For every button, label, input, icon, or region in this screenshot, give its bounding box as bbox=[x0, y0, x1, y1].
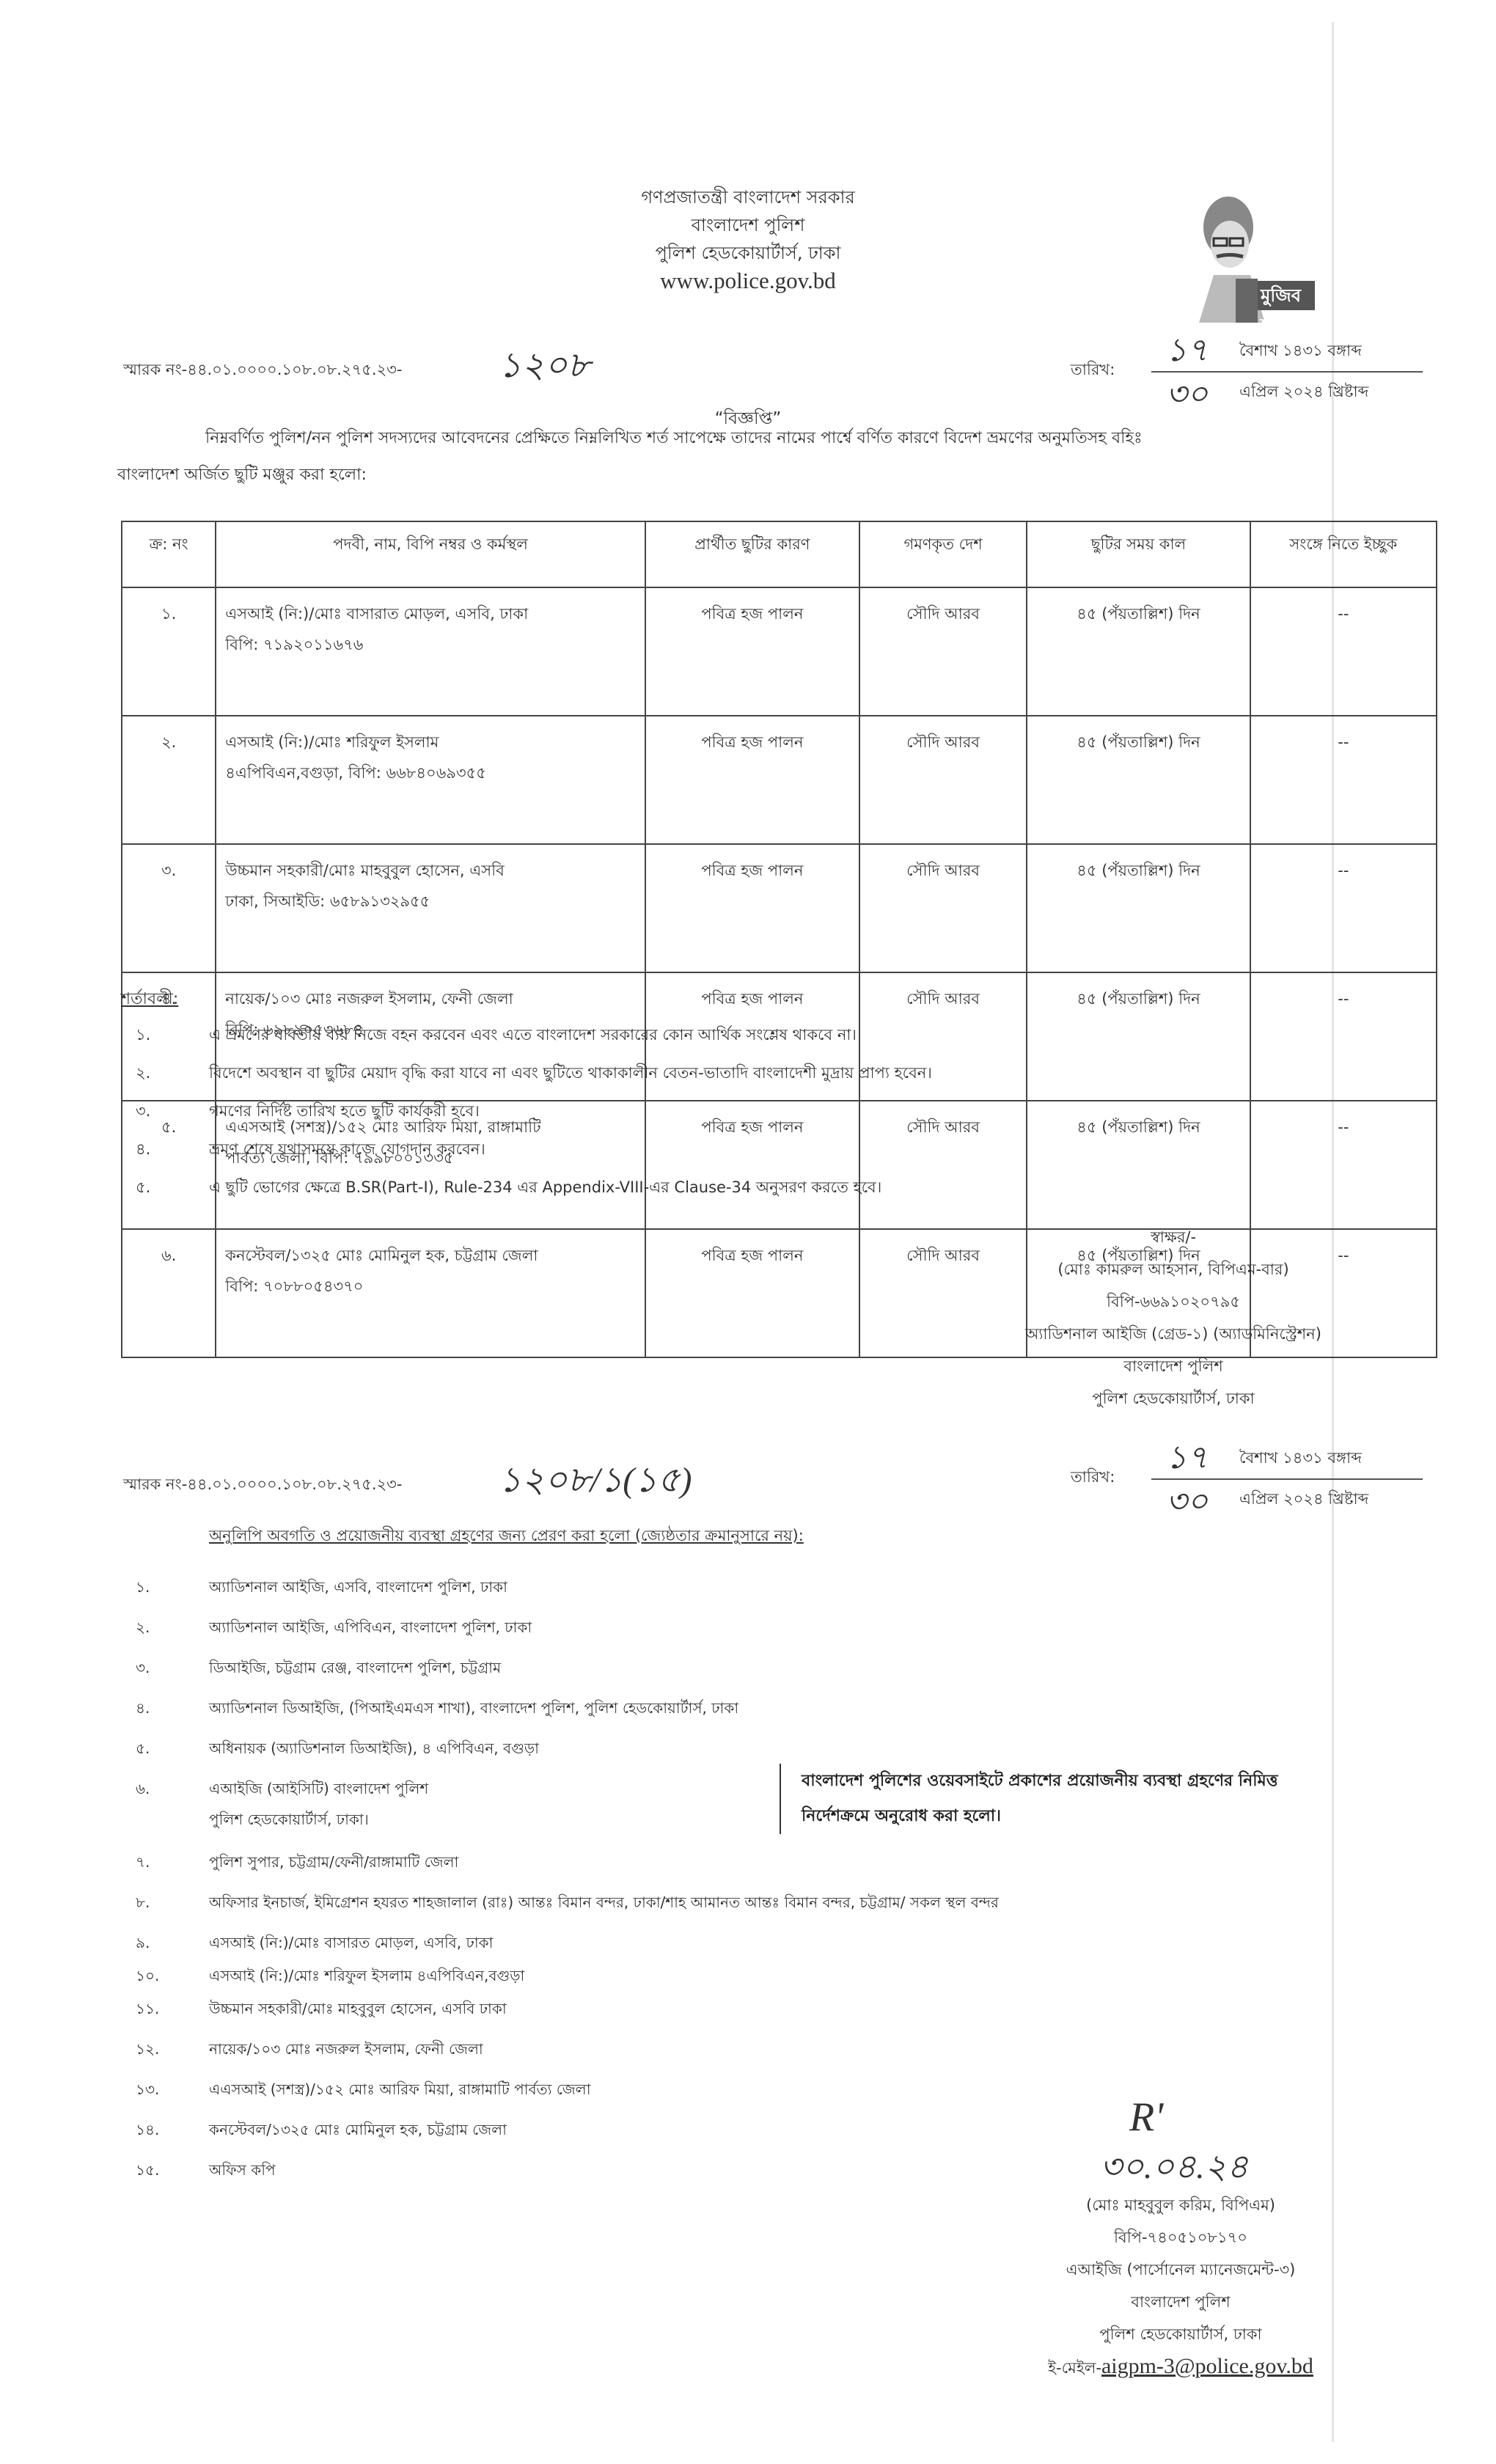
handwritten-memo-number-2: ১২০৮/১(১৫) bbox=[499, 1453, 692, 1511]
notice-intro-line2: বাংলাদেশ অর্জিত ছুটি মঞ্জুর করা হলো: bbox=[117, 458, 367, 492]
condition-item: ৫.এ ছুটি ভোগের ক্ষেত্রে B.SR(Part-I), Ru… bbox=[136, 1176, 1382, 1205]
condition-item: ৩.গমণের নির্দিষ্ট তারিখ হতে ছুটি কার্যকর… bbox=[136, 1099, 1382, 1129]
cell-details: এসআই (নি:)/মোঃ বাসারাত মোড়ল, এসবি, ঢাকা… bbox=[216, 587, 645, 716]
cell-duration: ৪৫ (পঁয়তাল্লিশ) দিন bbox=[1027, 587, 1250, 716]
signed-mark: স্বাক্ষর/- bbox=[917, 1221, 1430, 1253]
cell-details: কনস্টেবল/১৩২৫ মোঃ মোমিনুল হক, চট্টগ্রাম … bbox=[216, 1229, 645, 1357]
copy-recipient-item: ১৩.এএসআই (সশস্ত্র)/১৫২ মোঃ আরিফ মিয়া, র… bbox=[136, 2079, 1419, 2108]
signatory-org: বাংলাদেশ পুলিশ bbox=[917, 1350, 1430, 1382]
cell-serial: ১. bbox=[122, 587, 216, 716]
copy-recipient-item: ২.অ্যাডিশনাল আইজি, এপিবিএন, বাংলাদেশ পুল… bbox=[136, 1617, 1419, 1646]
cell-duration: ৪৫ (পঁয়তাল্লিশ) দিন bbox=[1027, 716, 1250, 844]
cell-serial: ২. bbox=[122, 716, 216, 844]
copy-recipient-item: ৪.অ্যাডিশনাল ডিআইজি, (পিআইএমএস শাখা), বা… bbox=[136, 1698, 1419, 1727]
details-line1: কনস্টেবল/১৩২৫ মোঃ মোমিনুল হক, চট্টগ্রাম … bbox=[225, 1240, 636, 1271]
details-line1: এসআই (নি:)/মোঃ বাসারাত মোড়ল, এসবি, ঢাকা bbox=[225, 598, 636, 629]
details-line2: বিপি: ৭০৮৮০৫৪৩৭০ bbox=[225, 1271, 636, 1302]
memo-number-2: স্মারক নং-৪৪.০১.০০০০.১০৮.০৮.২৭৫.২৩- bbox=[123, 1473, 402, 1498]
copy-recipient-item: ৩.ডিআইজি, চট্টগ্রাম রেঞ্জ, বাংলাদেশ পুলি… bbox=[136, 1657, 1419, 1687]
table-header-row: ক্র: নং পদবী, নাম, বিপি নম্বর ও কর্মস্থল… bbox=[122, 521, 1437, 587]
cell-companion: -- bbox=[1250, 844, 1437, 972]
col-reason: প্রার্থীত ছুটির কারণ bbox=[645, 521, 859, 587]
date-block-2: তারিখ: ১৭ বৈশাখ ১৪৩১ বঙ্গাব্দ ৩০ এপ্রিল … bbox=[1071, 1437, 1423, 1518]
signatory-designation: অ্যাডিশনাল আইজি (গ্রেড-১) (অ্যাডমিনিস্ট্… bbox=[917, 1318, 1430, 1350]
cell-country: সৌদি আরব bbox=[859, 587, 1027, 716]
website-publish-note: বাংলাদেশ পুলিশের ওয়েবসাইটে প্রকাশের প্র… bbox=[780, 1764, 1403, 1834]
copy-recipient-item: ৫.অধিনায়ক (অ্যাডিশনাল ডিআইজি), ৪ এপিবিএ… bbox=[136, 1738, 1419, 1767]
signature-block-2: (মোঃ মাহবুবুল করিম, বিপিএম) বিপি-৭৪০৫১০৮… bbox=[975, 2189, 1386, 2384]
details-line2: বিপি: ৭১৯২০১১৬৭৬ bbox=[225, 629, 636, 660]
signatory-name: (মোঃ কামরুল আহসান, বিপিএম-বার) bbox=[917, 1253, 1430, 1286]
cell-details: উচ্চমান সহকারী/মোঃ মাহবুবুল হোসেন, এসবিঢ… bbox=[216, 844, 645, 972]
handwritten-memo-number: ১২০৮ bbox=[499, 339, 590, 397]
signatory-office-2: পুলিশ হেডকোয়ার্টার্স, ঢাকা bbox=[975, 2318, 1386, 2350]
copy-recipient-item: ১.অ্যাডিশনাল আইজি, এসবি, বাংলাদেশ পুলিশ,… bbox=[136, 1577, 1419, 1606]
signature-block-1: স্বাক্ষর/- (মোঃ কামরুল আহসান, বিপিএম-বার… bbox=[917, 1221, 1430, 1415]
memo-number: স্মারক নং-৪৪.০১.০০০০.১০৮.০৮.২৭৫.২৩- bbox=[123, 358, 402, 384]
cell-details: এসআই (নি:)/মোঃ শরিফুল ইসলাম৪এপিবিএন,বগুড… bbox=[216, 716, 645, 844]
cell-reason: পবিত্র হজ পালন bbox=[645, 587, 859, 716]
email-link[interactable]: aigpm-3@police.gov.bd bbox=[1101, 2354, 1313, 2378]
col-duration: ছুটির সময় কাল bbox=[1027, 521, 1250, 587]
signatory-name-2: (মোঃ মাহবুবুল করিম, বিপিএম) bbox=[975, 2189, 1386, 2221]
email-line: ই-মেইল-aigpm-3@police.gov.bd bbox=[975, 2350, 1386, 2384]
conditions-heading: শর্তাবলী: bbox=[121, 986, 178, 1013]
notice-intro-line1: নিম্নবর্ণিত পুলিশ/নন পুলিশ সদস্যদের আবেদ… bbox=[205, 422, 1143, 455]
copy-recipient-item: ৮.অফিসার ইনচার্জ, ইমিগ্রেশন হযরত শাহজালা… bbox=[136, 1892, 1419, 1921]
cell-reason: পবিত্র হজ পালন bbox=[645, 716, 859, 844]
table-row: ২.এসআই (নি:)/মোঃ শরিফুল ইসলাম৪এপিবিএন,বগ… bbox=[122, 716, 1437, 844]
cell-country: সৌদি আরব bbox=[859, 716, 1027, 844]
cell-reason: পবিত্র হজ পালন bbox=[645, 844, 859, 972]
details-line1: এসআই (নি:)/মোঃ শরিফুল ইসলাম bbox=[225, 727, 636, 758]
col-companion: সংঙ্গে নিতে ইচ্ছুক bbox=[1250, 521, 1437, 587]
details-line2: ৪এপিবিএন,বগুড়া, বিপি: ৬৬৮৪০৬৯৩৫৫ bbox=[225, 758, 636, 788]
cell-duration: ৪৫ (পঁয়তাল্লিশ) দিন bbox=[1027, 844, 1250, 972]
condition-item: ২.বিদেশে অবস্থান বা ছুটির মেয়াদ বৃদ্ধি … bbox=[136, 1061, 1382, 1090]
copy-recipient-item: ৭.পুলিশ সুপার, চট্টগ্রাম/ফেনী/রাঙ্গামাটি… bbox=[136, 1852, 1419, 1881]
copy-recipient-item: ১১.উচ্চমান সহকারী/মোঃ মাহবুবুল হোসেন, এস… bbox=[136, 1998, 1419, 2028]
cell-companion: -- bbox=[1250, 716, 1437, 844]
cell-serial: ৬. bbox=[122, 1229, 216, 1357]
copy-recipient-item: ১০.এসআই (নি:)/মোঃ শরিফুল ইসলাম ৪এপিবিএন,… bbox=[136, 1965, 1419, 1995]
signatory-office: পুলিশ হেডকোয়ার্টার্স, ঢাকা bbox=[917, 1382, 1430, 1415]
table-row: ১.এসআই (নি:)/মোঃ বাসারাত মোড়ল, এসবি, ঢা… bbox=[122, 587, 1437, 716]
col-serial: ক্র: নং bbox=[122, 521, 216, 587]
details-line2: ঢাকা, সিআইডি: ৬৫৮৯১৩২৯৫৫ bbox=[225, 886, 636, 917]
cell-reason: পবিত্র হজ পালন bbox=[645, 1229, 859, 1357]
details-line1: উচ্চমান সহকারী/মোঃ মাহবুবুল হোসেন, এসবি bbox=[225, 855, 636, 886]
copy-recipient-item: ৯.এসআই (নি:)/মোঃ বাসারত মোড়ল, এসবি, ঢাক… bbox=[136, 1932, 1419, 1962]
copies-heading: অনুলিপি অবগতি ও প্রয়োজনীয় ব্যবস্থা গ্র… bbox=[209, 1524, 804, 1550]
condition-item: ১.এ ভ্রমণের যাবতীয় ব্যয় নিজে বহন করবেন… bbox=[136, 1023, 1382, 1052]
signatory-bp: বিপি-৬৬৯১০২০৭৯৫ bbox=[917, 1286, 1430, 1318]
signatory-org-2: বাংলাদেশ পুলিশ bbox=[975, 2286, 1386, 2318]
copy-recipient-item: ১২.নায়েক/১০৩ মোঃ নজরুল ইসলাম, ফেনী জেলা bbox=[136, 2039, 1419, 2068]
details-line1: নায়েক/১০৩ মোঃ নজরুল ইসলাম, ফেনী জেলা bbox=[225, 983, 636, 1014]
col-details: পদবী, নাম, বিপি নম্বর ও কর্মস্থল bbox=[216, 521, 645, 587]
cell-country: সৌদি আরব bbox=[859, 844, 1027, 972]
date-block: তারিখ: ১৭ বৈশাখ ১৪৩১ বঙ্গাব্দ ৩০ এপ্রিল … bbox=[1071, 330, 1423, 411]
handwritten-initial: R' bbox=[1129, 2094, 1163, 2141]
condition-item: ৪.ভ্রমণ শেষে যথাসময়ে কাজে যোগদান করবেন। bbox=[136, 1137, 1382, 1167]
cell-companion: -- bbox=[1250, 587, 1437, 716]
table-row: ৩.উচ্চমান সহকারী/মোঃ মাহবুবুল হোসেন, এসব… bbox=[122, 844, 1437, 972]
col-country: গমণকৃত দেশ bbox=[859, 521, 1027, 587]
signatory-bp-2: বিপি-৭৪০৫১০৮১৭০ bbox=[975, 2221, 1386, 2254]
signatory-designation-2: এআইজি (পার্সোনেল ম্যানেজমেন্ট-৩) bbox=[975, 2254, 1386, 2286]
cell-serial: ৩. bbox=[122, 844, 216, 972]
mujib-centenary-logo: মুজিব শতবর্ষ bbox=[1184, 187, 1316, 326]
